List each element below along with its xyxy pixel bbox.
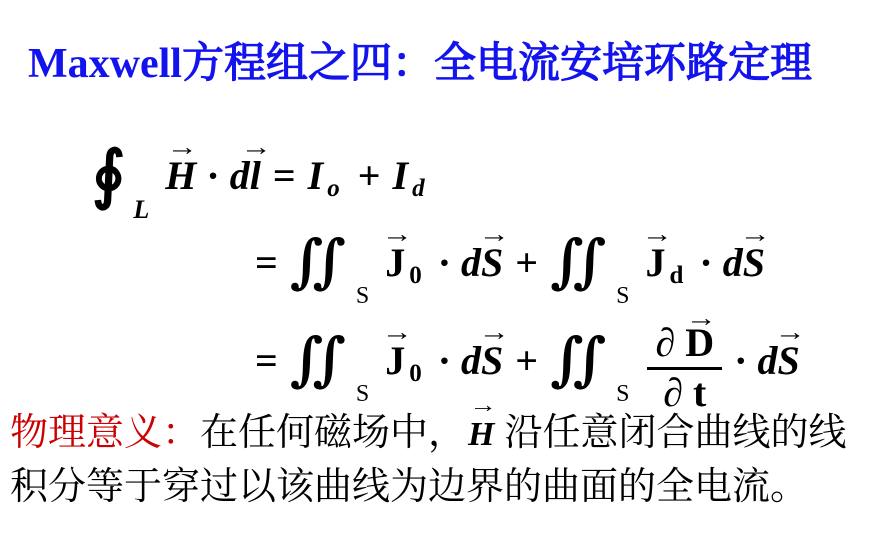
vector-J0: → J [385, 239, 405, 286]
vector-dS: → S [481, 337, 503, 384]
integral-subscript-L: L [133, 195, 149, 224]
dot-product: · [206, 152, 219, 199]
equation-line-3: = ∬ S → J 0 · d → S + ∬ S ∂ → D ∂ t · d … [243, 301, 800, 419]
vector-arrow-icon: → [641, 222, 672, 247]
slide: { "colors": { "background": "#ffffff", "… [0, 0, 885, 537]
double-integral-icon: ∬ [290, 233, 348, 291]
vector-arrow-icon: → [381, 320, 412, 345]
dot-product: · [734, 337, 747, 384]
plus-sign: + [358, 152, 381, 199]
double-integral-icon: ∬ [550, 233, 608, 291]
closed-line-integral: ∮ L [92, 143, 165, 207]
vector-arrow-icon: → [478, 222, 509, 247]
plus-sign: + [515, 337, 538, 384]
meaning-label: 物理意义： [10, 412, 200, 454]
dot-product: · [438, 239, 451, 286]
vector-arrow-icon: → [241, 135, 272, 160]
vector-J0: → J [385, 337, 405, 384]
equation-line-1: ∮ L → H · d → l = I o + I d [92, 133, 431, 217]
integral-subscript-S: S [356, 381, 369, 407]
double-integral-icon: ∬ [550, 331, 608, 389]
plus-sign: + [515, 239, 538, 286]
symbol-I-conduction: I [308, 152, 324, 199]
symbol-I-displacement: I [393, 152, 409, 199]
vector-D: → D [685, 323, 714, 363]
partial-symbol: ∂ [655, 320, 675, 365]
subscript-0: 0 [409, 262, 422, 290]
equation-line-2: = ∬ S → J 0 · d → S + ∬ S → J d · d → S [243, 220, 765, 304]
vector-dS: → S [777, 337, 799, 384]
meaning-line-2: 积分等于穿过以该曲线为边界的曲面的全电流。 [10, 460, 847, 514]
symbol-H: H [468, 416, 494, 453]
vector-arrow-icon: → [167, 135, 198, 160]
surface-integral: ∬ S [550, 331, 645, 389]
equals-sign: = [273, 152, 296, 199]
vector-Jd: → J [645, 239, 665, 286]
fraction-numerator: ∂ → D [647, 307, 722, 370]
vector-H: → H [165, 152, 196, 199]
vector-arrow-icon: → [775, 320, 806, 345]
subscript-d: d [412, 175, 425, 203]
meaning-text-after-H: 沿任意闭合曲线的线 [504, 412, 846, 454]
equals-sign: = [255, 337, 278, 384]
vector-dS: → S [481, 239, 503, 286]
subscript-o: o [327, 175, 340, 203]
contour-integral-icon: ∮ [92, 143, 125, 207]
vector-dS: → S [743, 239, 765, 286]
partial-D-over-partial-t-fraction: ∂ → D ∂ t [647, 307, 722, 413]
slide-title: Maxwell方程组之四：全电流安培环路定理 [28, 30, 812, 90]
physical-meaning-paragraph: 物理意义：在任何磁场中，→H沿任意闭合曲线的线 积分等于穿过以该曲线为边界的曲面… [10, 406, 847, 514]
vector-arrow-icon: → [469, 394, 497, 416]
vector-arrow-icon: → [740, 222, 771, 247]
meaning-text-before-H: 在任何磁场中， [200, 412, 466, 454]
meaning-text-line-2: 积分等于穿过以该曲线为边界的曲面的全电流。 [10, 466, 808, 508]
integral-subscript-S: S [616, 381, 629, 407]
surface-integral: ∬ S [290, 331, 385, 389]
double-integral-icon: ∬ [290, 331, 348, 389]
vector-arrow-icon: → [381, 222, 412, 247]
vector-arrow-icon: → [686, 306, 717, 331]
subscript-0: 0 [409, 360, 422, 388]
meaning-line-1: 物理意义：在任何磁场中，→H沿任意闭合曲线的线 [10, 406, 847, 460]
subscript-d: d [669, 262, 683, 290]
vector-H-inline: →H [468, 408, 494, 462]
vector-arrow-icon: → [478, 320, 509, 345]
surface-integral: ∬ S [290, 233, 385, 291]
vector-dl: → l [250, 152, 261, 199]
dot-product: · [438, 337, 451, 384]
equals-sign: = [255, 239, 278, 286]
dot-product: · [699, 239, 712, 286]
surface-integral: ∬ S [550, 233, 645, 291]
